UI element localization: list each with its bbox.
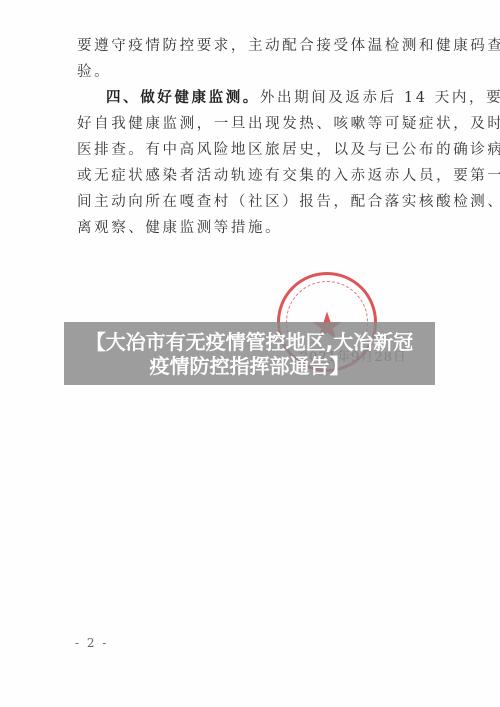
page-number: - 2 -	[75, 636, 108, 650]
body-line-1: 要遵守疫情防控要求，主动配合接受体温检测和健康码查	[77, 36, 437, 56]
section-paragraph-first-line: 四、做好健康监测。外出期间及返赤后 14 天内，要做	[106, 88, 466, 108]
body-line-7: 间主动向所在嘎查村（社区）报告，配合落实核酸检测、隔	[77, 192, 437, 212]
body-line-2: 验。	[77, 62, 437, 82]
body-line-5: 医排查。有中高风险地区旅居史，以及与已公布的确诊病例	[77, 140, 437, 160]
body-line-3: 外出期间及返赤后 14 天内，要做	[260, 90, 500, 106]
body-line-4: 好自我健康监测，一旦出现发热、咳嗽等可疑症状，及时就	[77, 114, 437, 134]
body-line-8: 离观察、健康监测等措施。	[77, 218, 437, 238]
body-line-6: 或无症状感染者活动轨迹有交集的入赤返赤人员，要第一时	[77, 166, 437, 186]
overlay-title-line-1: 【大冶市有无疫情管控地区,大冶新冠	[86, 330, 414, 354]
section-heading: 四、做好健康监测。	[106, 89, 260, 106]
title-overlay-banner: 【大冶市有无疫情管控地区,大冶新冠 疫情防控指挥部通告】	[64, 322, 435, 385]
overlay-title-line-2: 疫情防控指挥部通告】	[150, 354, 350, 378]
